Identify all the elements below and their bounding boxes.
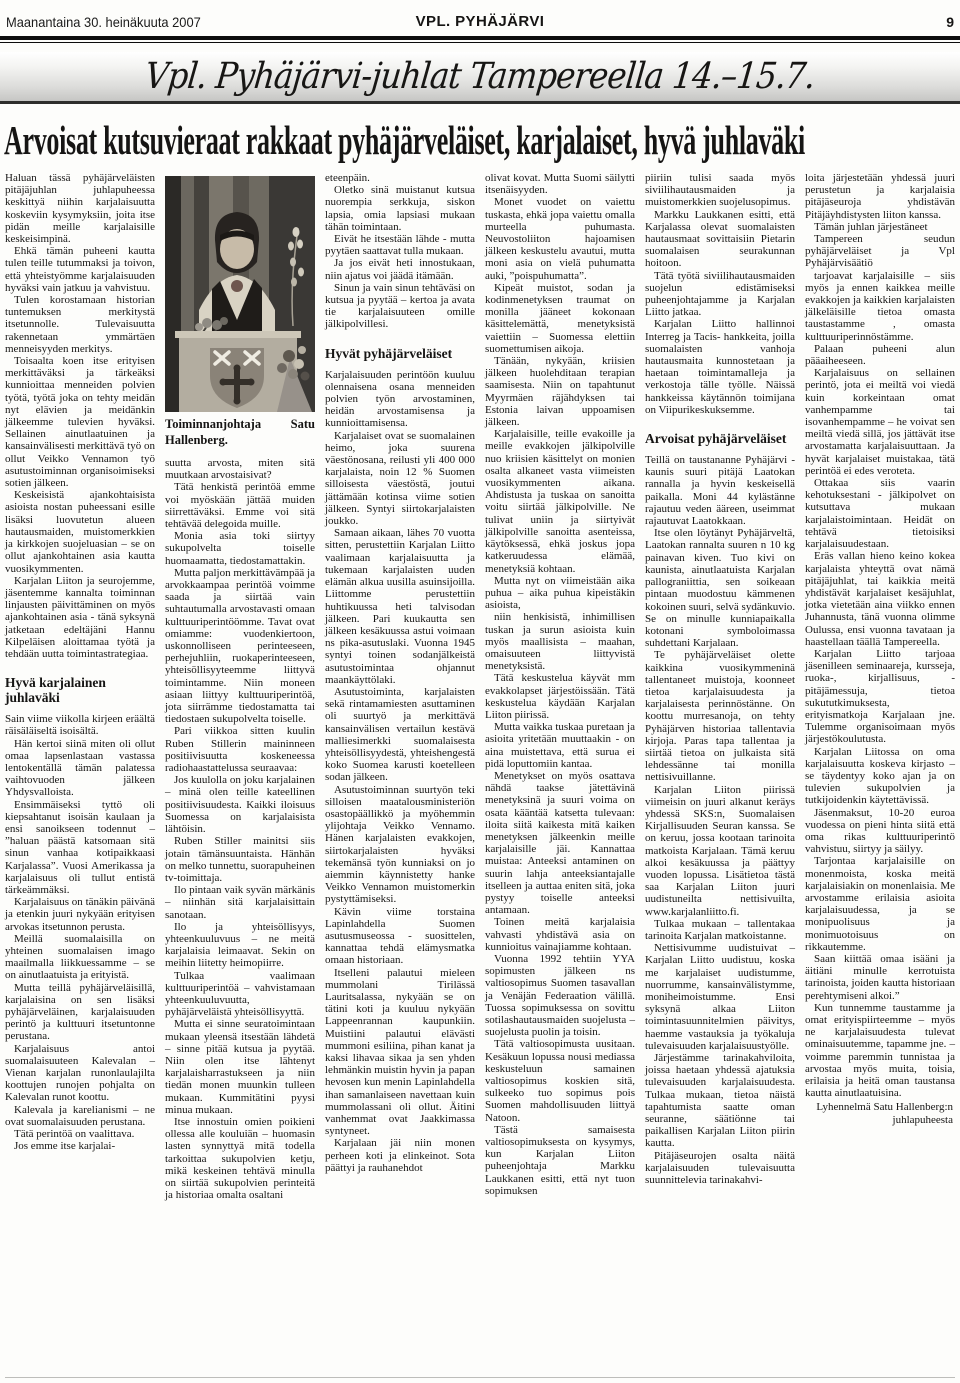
paragraph: Kalevala ja karelianismi – ne ovat suoma… <box>5 1104 155 1128</box>
headline-row: Arvoisat kutsuvieraat rakkaat pyhäjärvel… <box>4 117 960 163</box>
paragraph: Haluan tässä pyhäjärveläisten pitäjäjuhl… <box>5 172 155 245</box>
paragraph: Vuonna 1992 tehtiin YYA sopimusten jälke… <box>485 953 635 1038</box>
paragraph: Karjalaisuus on tänäkin päivänä ja etenk… <box>5 896 155 933</box>
article-body: Haluan tässä pyhäjärveläisten pitäjäjuhl… <box>0 172 960 1201</box>
paragraph: Tätä henkistä perintöä emme voi myöskään… <box>165 481 315 530</box>
issue-date: Maanantaina 30. heinäkuuta 2007 <box>6 14 383 30</box>
paragraph: Eivät he itsestään lähde - mutta pyytäen… <box>325 233 475 257</box>
paragraph: Mutta paljon merkittävämpää ja arvokkaam… <box>165 567 315 726</box>
paragraph: Saan kiittää omaa isääni ja äitiäni minu… <box>805 953 955 1002</box>
paragraph: Mutta ei sinne seuratoimintaan mukaan yl… <box>165 1018 315 1116</box>
paragraph: Tulen korostamaan historian tuntemuksen … <box>5 294 155 355</box>
paragraph: Karjalan Liiton ja seurojemme, jäsentemm… <box>5 575 155 660</box>
paragraph: Kävin viime torstaina Lapinlahdella Suom… <box>325 906 475 967</box>
paragraph: Karjalaisille, teille evakoille ja meill… <box>485 428 635 574</box>
paragraph: Tätä työtä siviilihautausmaiden suojelun… <box>645 270 795 319</box>
paragraph: eteenpäin. <box>325 172 475 184</box>
paragraph: Tulkaa vaalimaan kulttuuriperintöä – vah… <box>165 970 315 1019</box>
paragraph: Ilo ja yhteisöllisyys, yhteenkuuluvuus –… <box>165 921 315 970</box>
festival-script-title: Vpl. Pyhäjärvi-juhlat Tampereella 14.–15… <box>143 56 817 97</box>
paragraph: Mutta vaikka tuskaa puretaan ja asioita … <box>485 721 635 770</box>
paragraph: Samaan aikaan, lähes 70 vuotta sitten, p… <box>325 527 475 686</box>
paragraph: Karjalan Liitto tarjoaa jäsenilleen semi… <box>805 648 955 746</box>
subheading: Hyvä karjalainen juhlaväki <box>5 675 155 705</box>
paragraph: Tätä perintöä on vaalittava. <box>5 1128 155 1140</box>
paragraph: Ensimmäiseksi tyttö oli kiepsahtanut iso… <box>5 799 155 897</box>
paragraph: niin henkisistä, inhimillisen tuskan ja … <box>485 611 635 672</box>
article-column-3: eteenpäin.Oletko sinä muistanut kutsua n… <box>325 172 475 1174</box>
page-number: 9 <box>544 14 954 30</box>
article-column-1: Haluan tässä pyhäjärveläisten pitäjäjuhl… <box>5 172 155 1152</box>
paragraph: Karjalan Liitto hallinnoi Interreg ja Ta… <box>645 318 795 416</box>
paragraph: Monia asia toki siirtyy sukupolvelta toi… <box>165 530 315 567</box>
newspaper-page: Maanantaina 30. heinäkuuta 2007 VPL. PYH… <box>0 0 960 1383</box>
paragraph: Meillä suomalaisilla on yhteinen suomala… <box>5 933 155 982</box>
paragraph: Sain viime viikolla kirjeen eräältä räis… <box>5 713 155 737</box>
subheading: Hyvät pyhäjärveläiset <box>325 346 475 361</box>
article-column-5: piiriin tulisi saada myös siviilihautaus… <box>645 172 795 1186</box>
paragraph: Pari viikkoa sitten kuulin Ruben Stiller… <box>165 725 315 774</box>
paragraph: Kun tunnemme taustamme ja omat erityispi… <box>805 1002 955 1100</box>
paragraph: Tarjontaa karjalaisille on monenmoista, … <box>805 855 955 953</box>
paragraph: loita järjestetään yhdessä juuri peruste… <box>805 172 955 221</box>
paragraph: Jos kuulolla on joku karjalainen – minä … <box>165 774 315 835</box>
paragraph: Tämän juhlan järjestäneet <box>805 221 955 233</box>
paragraph: Hän kertoi siinä miten oli ollut omaa la… <box>5 738 155 799</box>
article-column-6: loita järjestetään yhdessä juuri peruste… <box>805 172 955 1126</box>
paragraph: Jäsenmaksut, 10-20 euroa vuodessa on pie… <box>805 807 955 856</box>
paragraph: Karjalaisuus on sellainen perintö, jota … <box>805 367 955 477</box>
newspaper-name: VPL. PYHÄJÄRVI <box>416 13 545 30</box>
article-column-4: olivat kovat. Mutta Suomi säilytti itsen… <box>485 172 635 1197</box>
paragraph: Itse olen löytänyt Pyhäjärveltä, Laatoka… <box>645 527 795 649</box>
paragraph: Mutta teillä pyhäjärveläisillä, karjalai… <box>5 982 155 1043</box>
paragraph: Ja jos eivät heti innostukaan, niin ajat… <box>325 257 475 281</box>
paragraph: piiriin tulisi saada myös siviilihautaus… <box>645 172 795 209</box>
article-headline: Arvoisat kutsuvieraat rakkaat pyhäjärvel… <box>4 117 805 163</box>
festival-banner: Vpl. Pyhäjärvi-juhlat Tampereella 14.–15… <box>0 52 960 104</box>
paragraph: Pitäjäseurojen osalta näitä karjalaisuud… <box>645 1150 795 1187</box>
paragraph: Keskeisistä ajankohtaisista asioista nos… <box>5 489 155 574</box>
paragraph: Tampereen seudun pyhäjärveläiset ja Vpl … <box>805 233 955 270</box>
paragraph: Te pyhäjärveläiset olette kaikkina vuosi… <box>645 649 795 783</box>
speech-signature: Lyhennelmä Satu Hallenberg:n juhlapuhees… <box>805 1101 953 1125</box>
paragraph: Toinen meitä karjalaisia vahvasti yhdist… <box>485 916 635 953</box>
paragraph: Itselleni palautui mieleen mummolani Tir… <box>325 967 475 1138</box>
paragraph: Mutta nyt on viimeistään aika puhua – ai… <box>485 575 635 612</box>
paragraph: Järjestämme tarinakahviloita, joissa hae… <box>645 1052 795 1150</box>
paragraph: Monet vuodet on vaiettu tuskasta, ehkä j… <box>485 196 635 281</box>
paragraph: Itse innostuin omien poikieni ollessa al… <box>165 1116 315 1201</box>
paragraph: Menetykset on myös osattava nähdä taakse… <box>485 770 635 916</box>
paragraph: Markku Laukkanen esitti, että Karjalassa… <box>645 209 795 270</box>
paragraph: Tätä valtiosopimusta uusitaan. Kesäkuun … <box>485 1038 635 1123</box>
paragraph: Tulkaa mukaan – tallentakaa tarinoita Ka… <box>645 918 795 942</box>
speaker-photo <box>165 176 315 412</box>
paragraph: suutta arvosta, miten sitä muutkaan arvo… <box>165 457 315 481</box>
paragraph: Eräs vallan hieno keino kokea karjalaist… <box>805 550 955 648</box>
paragraph: Oletko sinä muistanut kutsua nuorempia s… <box>325 184 475 233</box>
paragraph: Nettisivumme uudistuivat – Karjalan Liit… <box>645 942 795 1052</box>
speaker-photo-illustration <box>165 176 315 412</box>
paragraph: Teillä on taustananne Pyhäjärvi - kaunis… <box>645 454 795 527</box>
paragraph: Kipeät muistot, sodan ja kodinmenetyksen… <box>485 282 635 355</box>
paragraph: olivat kovat. Mutta Suomi säilytti itsen… <box>485 172 635 196</box>
bottom-rule <box>5 1377 955 1378</box>
paragraph: Tästä samaisesta valtiosopimuksesta on k… <box>485 1124 635 1197</box>
paragraph: Toisaalta koen itse erityisen merkittävä… <box>5 355 155 489</box>
paragraph: Tänään, nykyään, kriisien jälkeen huoleh… <box>485 355 635 428</box>
paragraph: Karjalaan jäi niin monen perheen koti ja… <box>325 1137 475 1174</box>
paragraph: Ilo pintaan vaik syvän märkänis – niinhä… <box>165 884 315 921</box>
paragraph: Sinun ja vain sinun tehtäväsi on kutsua … <box>325 282 475 331</box>
paragraph: Asutustoiminnan suurtyön teki silloisen … <box>325 784 475 906</box>
subheading: Arvoisat pyhäjärveläiset <box>645 431 795 446</box>
paragraph: Jos emme itse karjalai- <box>5 1140 155 1152</box>
paragraph: Tätä keskustelua käyvät mm evakkolapset … <box>485 672 635 721</box>
paragraph: Karjalan Liitossa on oma karjalaisuutta … <box>805 746 955 807</box>
photo-caption: Toiminnanjohtaja Satu Hallenberg. <box>165 417 315 448</box>
page-header: Maanantaina 30. heinäkuuta 2007 VPL. PYH… <box>0 0 960 34</box>
paragraph: Ehkä tämän puheeni kautta tulen teille t… <box>5 245 155 294</box>
paragraph: Ruben Stiller mainitsi siis jotain tämän… <box>165 835 315 884</box>
paragraph: Ottakaa siis vaarin kehotuksestani - jäl… <box>805 477 955 550</box>
paragraph: Karjalaiset ovat se suomalainen heimo, j… <box>325 430 475 528</box>
header-rule <box>0 36 960 43</box>
paragraph: Karjalaisuuden perintöön kuuluu olennais… <box>325 369 475 430</box>
paragraph: Karjalan Liiton piirissä viimeisin on ju… <box>645 784 795 918</box>
paragraph: Asutustoiminta, karjalaisten sekä rintam… <box>325 686 475 784</box>
article-column-2: Toiminnanjohtaja Satu Hallenberg.suutta … <box>165 172 315 1201</box>
paragraph: Karjalaisuus antoi suomalaisuuteen Kalev… <box>5 1043 155 1104</box>
paragraph: tarjoavat karjalaisille – siis myös ja e… <box>805 270 955 343</box>
paragraph: Palaan puheeni alun pääaiheeseen. <box>805 343 955 367</box>
